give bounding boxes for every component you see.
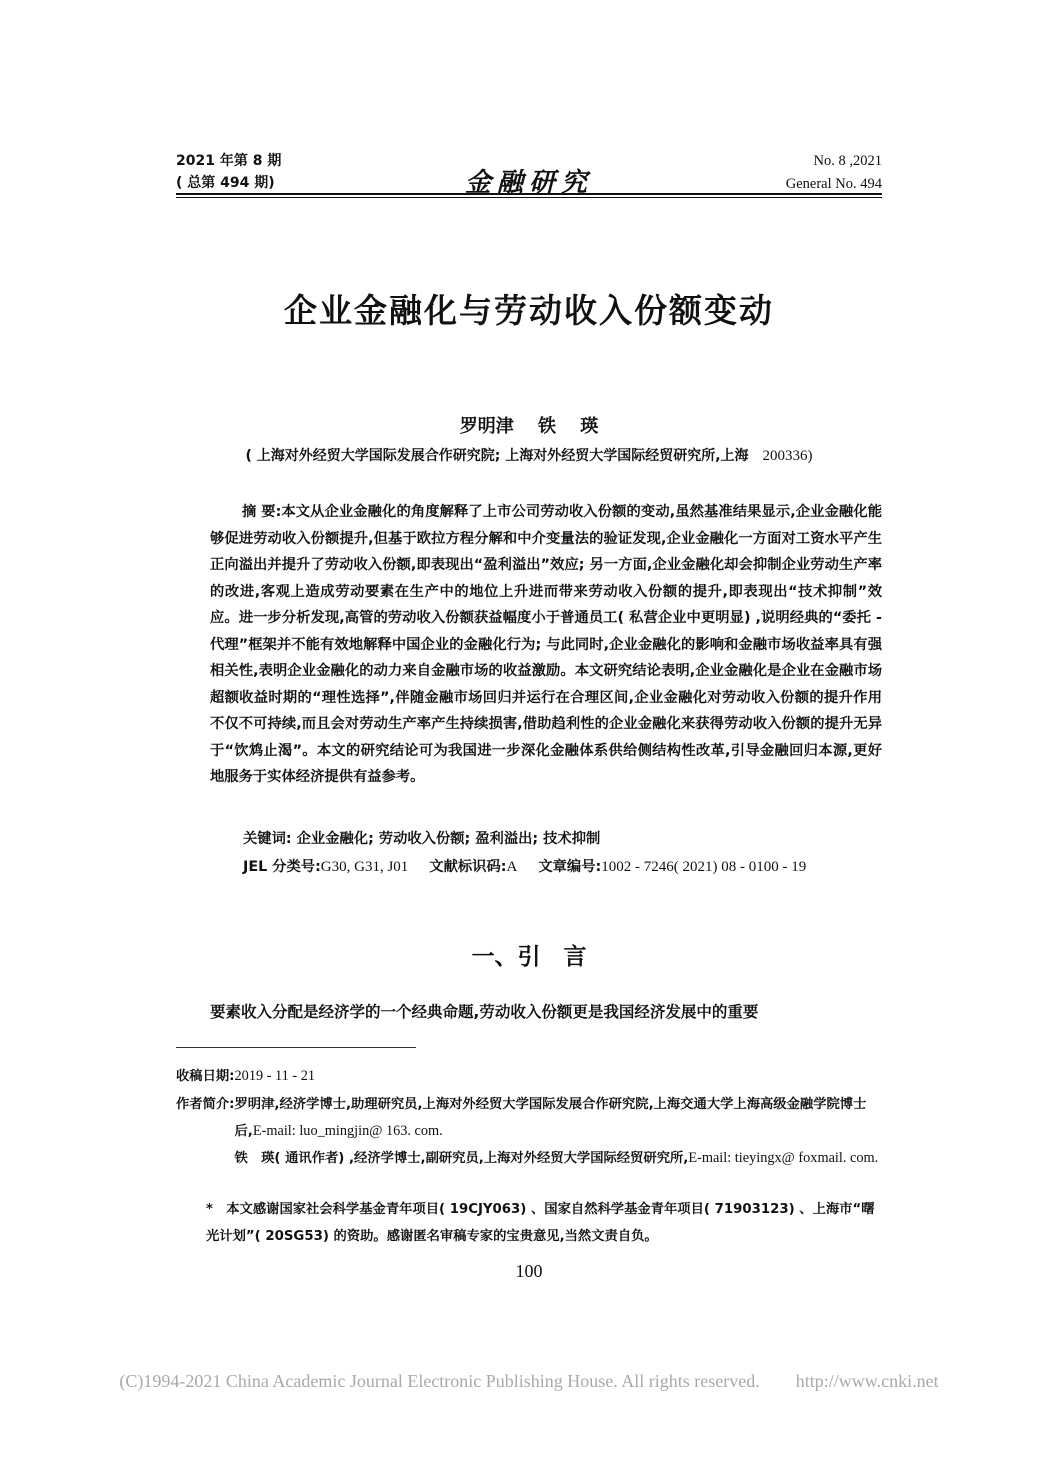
jel-codes: G30, G31, J01 — [321, 859, 409, 875]
doc-code: A — [506, 859, 517, 875]
abstract-text: 本文从企业金融化的角度解释了上市公司劳动收入份额的变动,虽然基准结果显示,企业金… — [210, 504, 882, 785]
section-heading: 一、引 言 — [0, 938, 1058, 971]
header-rule-thin — [176, 197, 882, 198]
abstract-label: 摘 要: — [242, 499, 281, 526]
author1-email: E-mail: luo_mingjin@ 163. com. — [253, 1123, 443, 1139]
funding-note: * 本文感谢国家社会科学基金青年项目( 19CJY063) 、国家自然科学基金青… — [176, 1196, 882, 1250]
doc-code-label: 文献标识码: — [429, 859, 506, 875]
received-date: 收稿日期:2019 - 11 - 21 — [176, 1063, 882, 1090]
received-label: 收稿日期: — [176, 1069, 235, 1084]
affiliation: ( 上海对外经贸大学国际发展合作研究院; 上海对外经贸大学国际经贸研究所,上海2… — [0, 445, 1058, 465]
classification-line: JEL 分类号:G30, G31, J01 文献标识码:A 文章编号:1002 … — [243, 856, 806, 876]
footnote-rule — [176, 1047, 416, 1048]
article-title: 企业金融化与劳动收入份额变动 — [0, 285, 1058, 332]
author2-bio: 铁 瑛( 通讯作者) ,经济学博士,副研究员,上海对外经贸大学国际经贸研究所, — [235, 1151, 689, 1166]
affiliation-text: ( 上海对外经贸大学国际发展合作研究院; 上海对外经贸大学国际经贸研究所,上海 — [245, 448, 748, 464]
author2-email: E-mail: tieyingx@ foxmail. com. — [688, 1150, 878, 1166]
issue-info-en: No. 8 ,2021 General No. 494 — [786, 150, 882, 196]
author-intro: 作者简介: 罗明津,经济学博士,助理研究员,上海对外经贸大学国际发展合作研究院,… — [176, 1091, 882, 1172]
keywords-label: 关键词: — [243, 831, 292, 847]
abstract: 摘 要:本文从企业金融化的角度解释了上市公司劳动收入份额的变动,虽然基准结果显示… — [210, 499, 882, 791]
jel-label: JEL 分类号: — [243, 859, 321, 875]
keywords: 关键词: 企业金融化; 劳动收入份额; 盈利溢出; 技术抑制 — [243, 828, 600, 848]
page-number: 100 — [0, 1261, 1058, 1282]
article-no-label: 文章编号: — [538, 859, 601, 875]
article-no: 1002 - 7246( 2021) 08 - 0100 - 19 — [601, 859, 806, 875]
author-intro-label: 作者简介: — [176, 1091, 235, 1172]
keywords-text: 企业金融化; 劳动收入份额; 盈利溢出; 技术抑制 — [297, 831, 601, 847]
header-rule-thick — [176, 193, 882, 195]
affiliation-zip: 200336) — [763, 448, 813, 464]
copyright-notice: (C)1994-2021 China Academic Journal Elec… — [0, 1367, 1058, 1393]
author-list: 罗明津 铁 瑛 — [0, 412, 1058, 438]
received-value: 2019 - 11 - 21 — [235, 1068, 315, 1084]
funding-text: * 本文感谢国家社会科学基金青年项目( 19CJY063) 、国家自然科学基金青… — [176, 1196, 882, 1250]
body-paragraph: 要素收入分配是经济学的一个经典命题,劳动收入份额更是我国经济发展中的重要 — [210, 1000, 758, 1022]
issue-number-en: No. 8 ,2021 — [786, 150, 882, 173]
